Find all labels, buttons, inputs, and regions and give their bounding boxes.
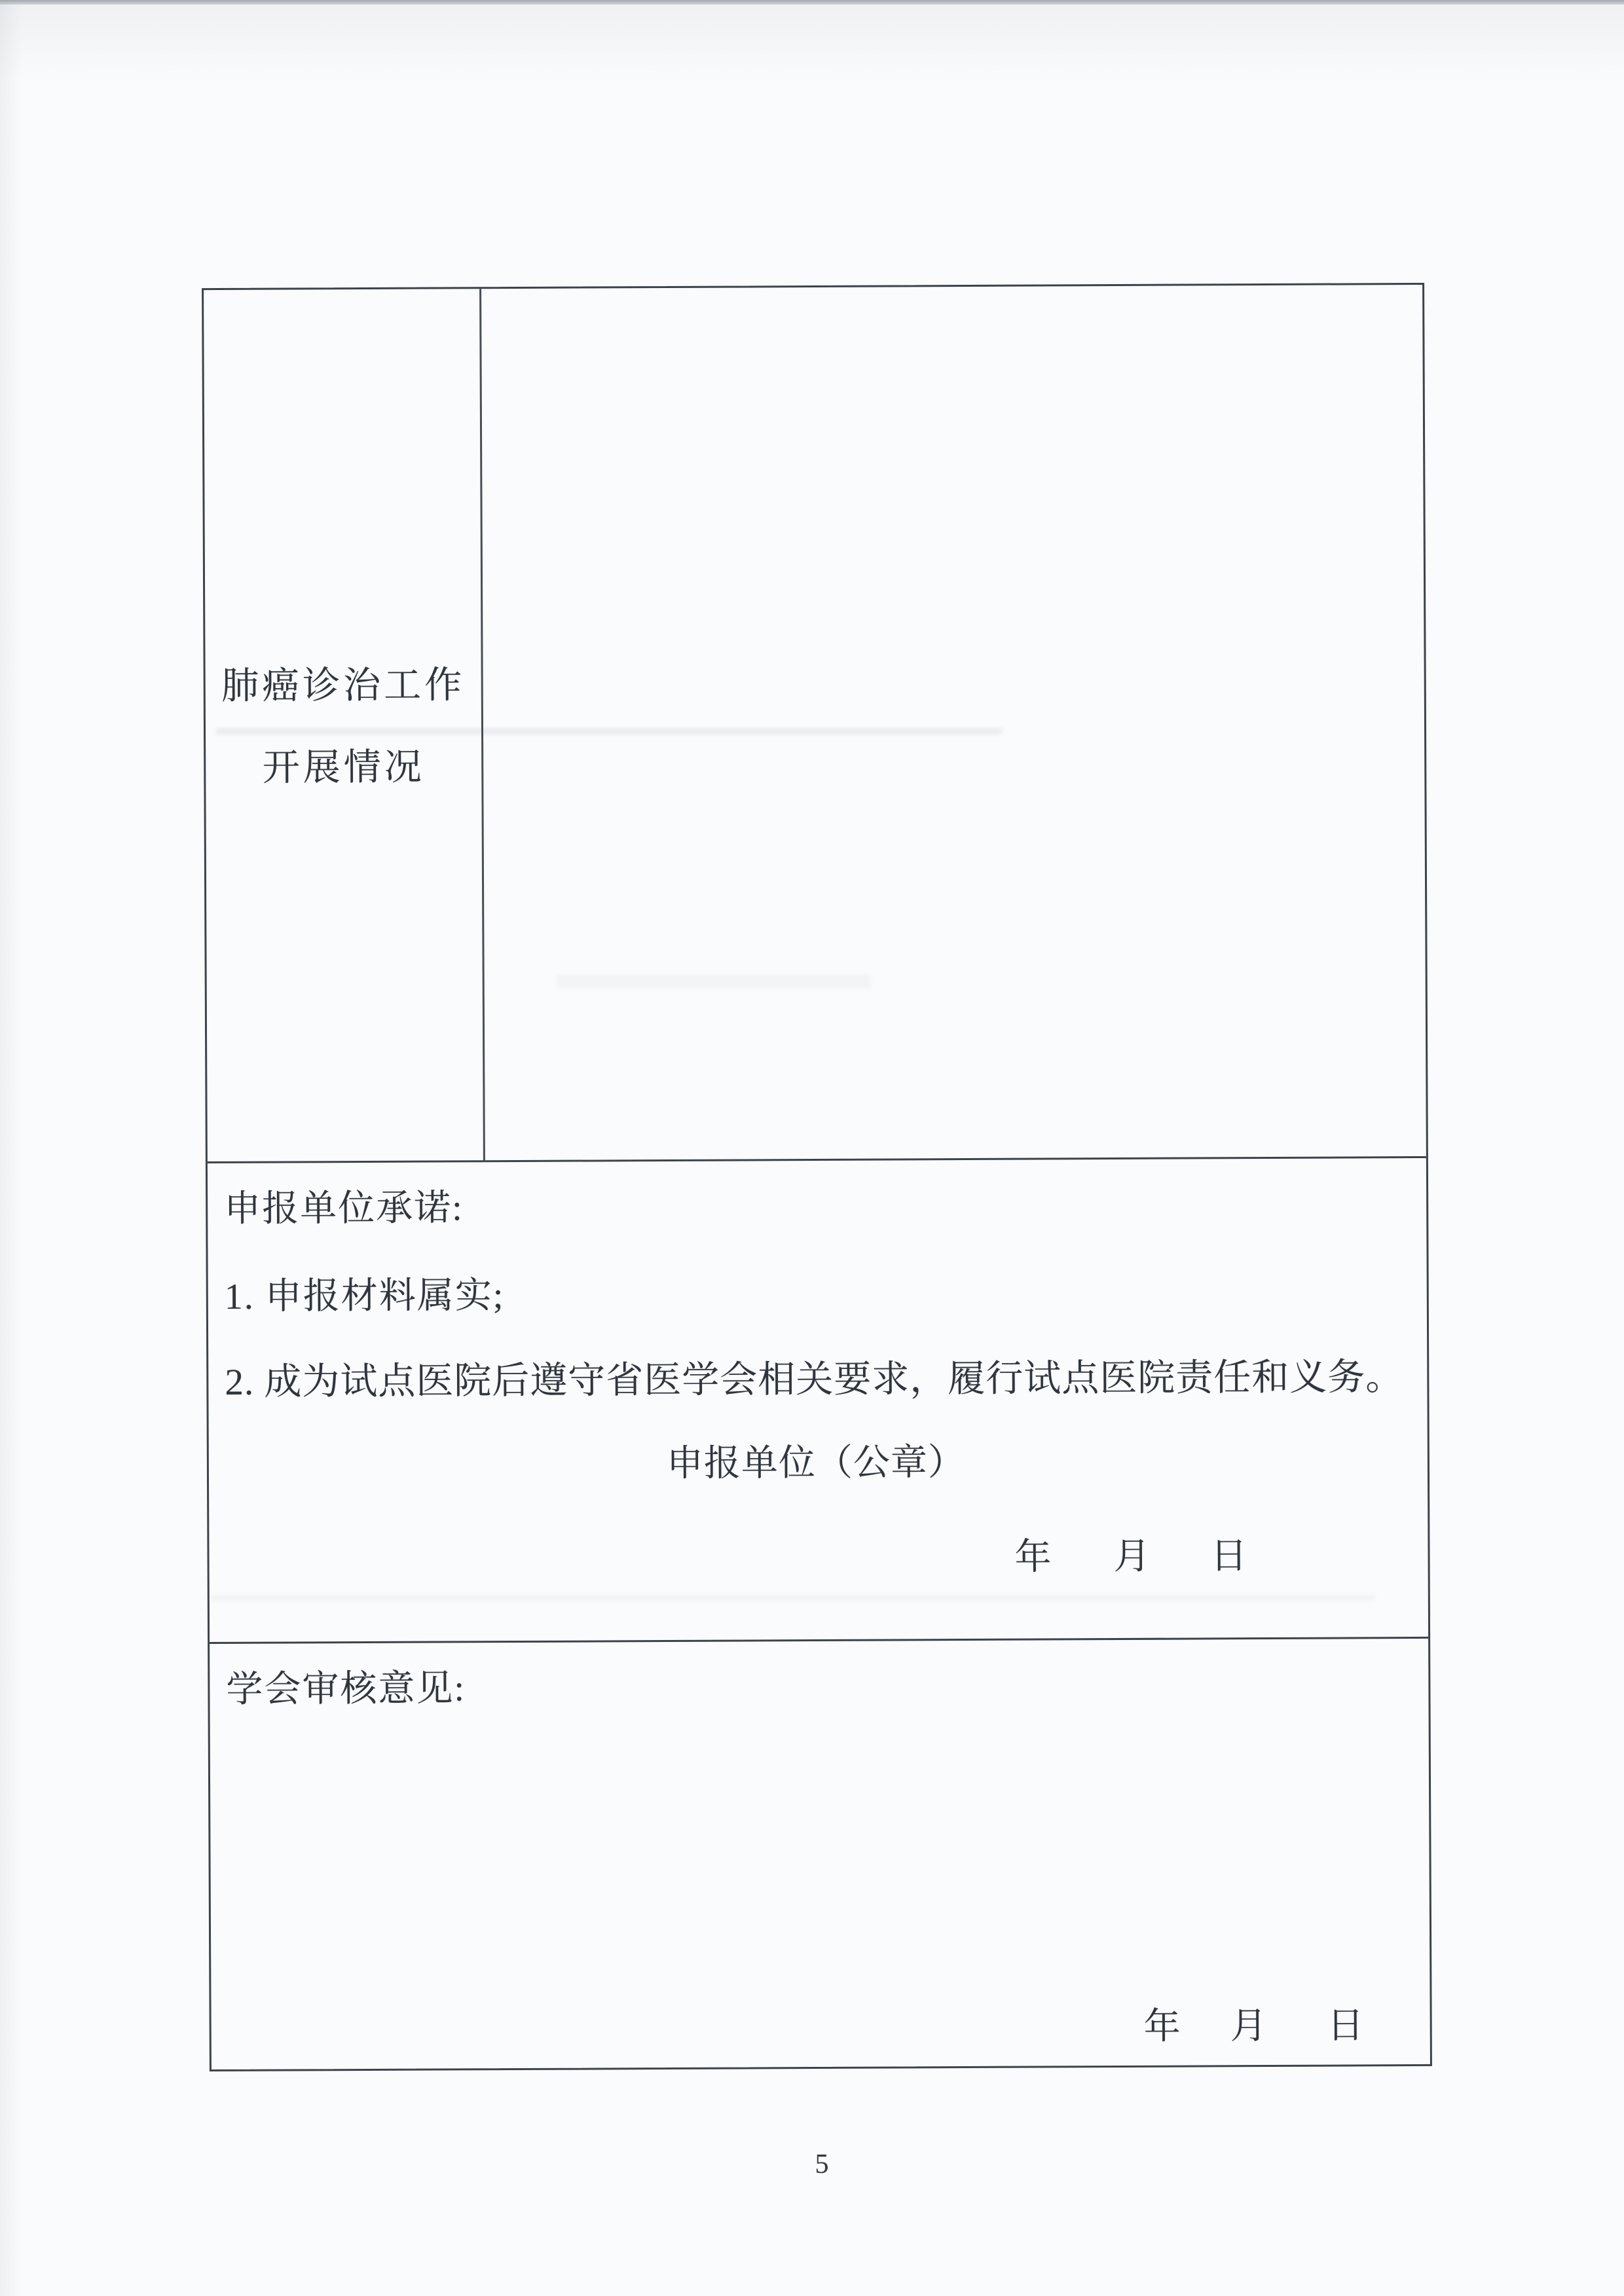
scanned-document-page: 肺癌诊治工作 开展情况 申报单位承诺: 1. 申报材料属实; 2. 成为试点医院… [0, 0, 1624, 2296]
day-label: 日 [1210, 1535, 1247, 1577]
work-status-row: 肺癌诊治工作 开展情况 [204, 285, 1426, 1161]
declaration-item-2: 2. 成为试点医院后遵守省医学会相关要求，履行试点医院责任和义务。 [225, 1357, 1403, 1404]
work-status-label-line1: 肺癌诊治工作 [206, 665, 481, 708]
scan-wash-top [0, 5, 1624, 83]
declaration-item-1: 1. 申报材料属实; [225, 1275, 505, 1318]
month-label: 月 [1230, 2005, 1267, 2047]
review-section: 学会审核意见: 年 月 日 [210, 1637, 1430, 2069]
year-label: 年 [1144, 2006, 1181, 2048]
scan-wash-left [0, 0, 22, 2296]
page-number: 5 [815, 2149, 829, 2180]
day-label: 日 [1327, 2005, 1364, 2047]
year-label: 年 [1014, 1536, 1051, 1578]
application-form-table: 肺癌诊治工作 开展情况 申报单位承诺: 1. 申报材料属实; 2. 成为试点医院… [202, 283, 1432, 2071]
month-label: 月 [1113, 1536, 1150, 1578]
work-status-label-cell: 肺癌诊治工作 开展情况 [204, 289, 485, 1161]
scan-edge-artifact-top [0, 0, 1624, 5]
seal-label: 申报单位（公章） [667, 1442, 965, 1485]
declaration-section: 申报单位承诺: 1. 申报材料属实; 2. 成为试点医院后遵守省医学会相关要求，… [208, 1156, 1428, 1642]
work-status-content-cell [481, 285, 1426, 1160]
declaration-title: 申报单位承诺: [224, 1187, 464, 1230]
review-title: 学会审核意见: [226, 1667, 466, 1711]
work-status-label-line2: 开展情况 [206, 746, 481, 790]
